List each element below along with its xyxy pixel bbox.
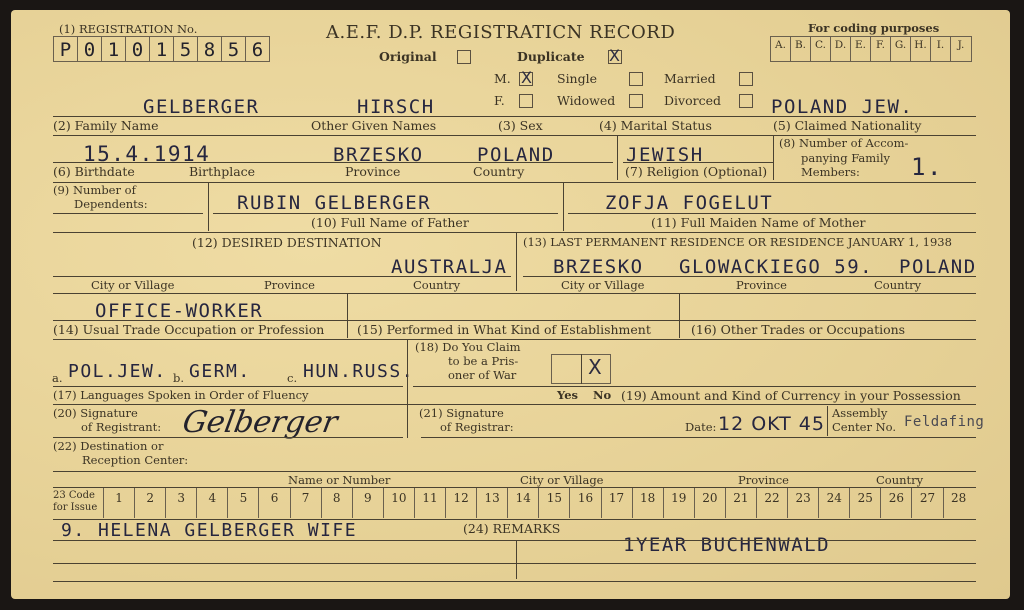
issue-code-cell[interactable]: 14 [507, 488, 538, 518]
issue-code-cell[interactable]: 22 [756, 488, 787, 518]
issue-code-cell[interactable]: 3 [165, 488, 196, 518]
other-trades-label: (16) Other Trades or Occupations [691, 324, 905, 337]
divider [516, 541, 517, 579]
father-value: RUBIN GELBERGER [237, 194, 431, 213]
reception-label-2: Reception Center: [82, 455, 188, 467]
issue-code-cell[interactable]: 23 [787, 488, 818, 518]
issue-code-cell[interactable]: 7 [290, 488, 321, 518]
divider [213, 213, 558, 214]
divider [53, 213, 203, 214]
pow-yes-box[interactable] [552, 355, 580, 383]
currency-label: (19) Amount and Kind of Currency in your… [621, 390, 961, 403]
divider [53, 471, 976, 472]
issue-code-cell[interactable]: 4 [196, 488, 227, 518]
issue-code-cell[interactable]: 9 [352, 488, 383, 518]
accompanying-family-value: 1. [911, 155, 943, 179]
other-given-names-label: Other Given Names [311, 120, 436, 133]
code-col: I. [931, 37, 951, 61]
reg-digit: 0 [126, 37, 150, 61]
married-checkbox[interactable] [739, 72, 753, 86]
single-checkbox[interactable] [629, 72, 643, 86]
dependents-label-2: Dependents: [74, 199, 148, 211]
registration-number-boxes: P 0 1 0 1 5 8 5 6 [53, 36, 270, 62]
sig-registrant-label-1: (20) Signature [53, 408, 138, 420]
divider [53, 386, 403, 387]
dest-province-label: Province [264, 280, 315, 292]
code-col: J. [951, 37, 971, 61]
remarks-label: (24) REMARKS [463, 523, 560, 536]
mother-value: ZOFJA FOGELUT [605, 194, 773, 213]
divider [53, 320, 976, 321]
reg-digit: 6 [246, 37, 269, 61]
reg-digit: 1 [150, 37, 174, 61]
occupation-label: (14) Usual Trade Occupation or Professio… [53, 324, 324, 337]
reg-digit: P [54, 37, 78, 61]
accompanying-family-label-3: Members: [801, 167, 860, 179]
family-member-value: 9. HELENA GELBERGER WIFE [61, 522, 357, 540]
sig-registrar-label-1: (21) Signature [419, 408, 504, 420]
issue-code-cell[interactable]: 20 [694, 488, 725, 518]
divider [773, 136, 774, 180]
assembly-label-2: Center No. [832, 422, 896, 434]
destination-country-value: AUSTRALJA [391, 258, 507, 277]
code-col: E. [851, 37, 871, 61]
registration-card: (1) REGISTRATION No. P 0 1 0 1 5 8 5 6 A… [11, 10, 1010, 599]
coding-boxes: A. B. C. D. E. F. G. H. I. J. [770, 36, 972, 62]
reg-digit: 5 [222, 37, 246, 61]
birthdate-label: (6) Birthdate [53, 166, 135, 179]
divorced-label: Divorced [664, 95, 721, 108]
father-label: (10) Full Name of Father [311, 217, 469, 230]
birthplace-label: Birthplace [189, 166, 255, 179]
divider [53, 232, 976, 233]
issue-code-cell[interactable]: 27 [911, 488, 942, 518]
issue-code-cell[interactable]: 16 [569, 488, 600, 518]
dependents-label-1: (9) Number of [53, 185, 136, 197]
married-label: Married [664, 73, 716, 86]
divider [523, 276, 976, 277]
issue-code-cell[interactable]: 1 [103, 488, 134, 518]
province-label: Province [345, 166, 400, 179]
pow-label-3: oner of War [448, 370, 516, 382]
issue-code-cell[interactable]: 17 [601, 488, 632, 518]
duplicate-label: Duplicate [517, 51, 585, 64]
divider [563, 183, 564, 231]
issue-code-cell[interactable]: 8 [321, 488, 352, 518]
sex-label: (3) Sex [498, 120, 543, 133]
divider [53, 581, 976, 582]
residence-province-value: GLOWACKIEGO 59. [679, 258, 873, 277]
reception-city-label: City or Village [520, 475, 604, 487]
issue-code-cell[interactable]: 12 [445, 488, 476, 518]
issue-code-cell[interactable]: 28 [943, 488, 974, 518]
pow-no-label: No [593, 390, 611, 402]
country-label: Country [473, 166, 524, 179]
marital-status-label: (4) Marital Status [599, 120, 712, 133]
desired-destination-label: (12) DESIRED DESTINATION [192, 237, 382, 250]
divider [516, 233, 517, 291]
sex-m-mark: X [521, 70, 532, 86]
divider [53, 437, 403, 438]
sex-m-label: M. [494, 73, 511, 86]
sex-f-checkbox[interactable] [519, 94, 533, 108]
lang-a-value: POL.JEW. [68, 363, 167, 381]
sig-registrar-label-2: of Registrar: [440, 422, 514, 434]
lang-b-label: b. [173, 373, 184, 385]
reception-country-label: Country [876, 475, 923, 487]
widowed-checkbox[interactable] [629, 94, 643, 108]
widowed-label: Widowed [557, 95, 615, 108]
issue-code-row: 23 Codefor Issue 1 2 3 4 5 6 7 8 9 10 11… [53, 488, 974, 518]
reception-label-1: (22) Destination or [53, 441, 163, 453]
issue-code-cell[interactable]: 15 [538, 488, 569, 518]
occupation-value: OFFICE-WORKER [95, 302, 263, 321]
reception-name-label: Name or Number [288, 475, 390, 487]
languages-label: (17) Languages Spoken in Order of Fluenc… [53, 390, 309, 402]
res-city-label: City or Village [561, 280, 645, 292]
issue-code-cell[interactable]: 21 [725, 488, 756, 518]
dest-country-label: Country [413, 280, 460, 292]
original-label: Original [379, 51, 437, 64]
nationality-value: POLAND JEW. [771, 98, 913, 117]
claimed-nationality-label: (5) Claimed Nationality [773, 120, 921, 133]
code-label-1: 23 Code [53, 490, 95, 501]
divider [827, 406, 828, 436]
last-residence-label: (13) LAST PERMANENT RESIDENCE OR RESIDEN… [523, 237, 952, 249]
sig-registrant-label-2: of Registrant: [81, 422, 161, 434]
remarks-value: 1YEAR BUCHENWALD [623, 536, 830, 555]
family-name-value: GELBERGER [143, 98, 259, 117]
registrant-signature: Gelberger [180, 408, 339, 438]
code-col: C. [811, 37, 831, 61]
issue-code-cell[interactable]: 5 [227, 488, 258, 518]
establishment-label: (15) Performed in What Kind of Establish… [357, 324, 651, 337]
divider [53, 182, 976, 183]
pow-label-2: to be a Pris- [448, 356, 518, 368]
mother-label: (11) Full Maiden Name of Mother [651, 217, 866, 230]
res-province-label: Province [736, 280, 787, 292]
lang-c-label: c. [287, 373, 297, 385]
reg-digit: 0 [78, 37, 102, 61]
residence-city-value: BRZESKO [553, 258, 644, 277]
lang-b-value: GERM. [189, 363, 251, 381]
divider [407, 340, 408, 438]
duplicate-check-mark: X [609, 48, 620, 64]
divider [617, 136, 618, 180]
issue-code-cell[interactable]: 18 [632, 488, 663, 518]
pow-no-mark: X [588, 357, 602, 377]
given-names-value: HIRSCH [357, 98, 435, 117]
code-label-2: for Issue [53, 502, 97, 513]
divider [347, 294, 348, 338]
issue-code-cell[interactable]: 10 [383, 488, 414, 518]
registration-label: (1) REGISTRATION No. [59, 24, 197, 36]
divider [53, 293, 976, 294]
divider [53, 162, 613, 163]
issue-code-cell[interactable]: 11 [414, 488, 445, 518]
divider [568, 213, 976, 214]
reg-digit: 8 [198, 37, 222, 61]
issue-code-cell[interactable]: 19 [663, 488, 694, 518]
divider [421, 437, 976, 438]
divider [53, 276, 511, 277]
divider [679, 294, 680, 338]
code-col: A. [771, 37, 791, 61]
code-for-issue-label: 23 Codefor Issue [53, 488, 103, 518]
divider [208, 183, 209, 231]
issue-code-cell[interactable]: 24 [818, 488, 849, 518]
family-name-label: (2) Family Name [53, 120, 158, 133]
religion-label: (7) Religion (Optional) [625, 166, 767, 179]
single-label: Single [557, 73, 597, 86]
assembly-label-1: Assembly [832, 408, 887, 420]
divider [53, 116, 976, 117]
issue-code-cell[interactable]: 2 [134, 488, 165, 518]
reg-digit: 5 [174, 37, 198, 61]
accompanying-family-label-1: (8) Number of Accom- [779, 138, 908, 150]
code-col: B. [791, 37, 811, 61]
issue-code-cell[interactable]: 13 [476, 488, 507, 518]
date-label: Date: [685, 422, 716, 434]
residence-country-value: POLAND [899, 258, 977, 277]
divider [413, 386, 976, 387]
original-checkbox[interactable] [457, 50, 471, 64]
reg-digit: 1 [102, 37, 126, 61]
issue-code-cell[interactable]: 6 [258, 488, 289, 518]
divider [53, 563, 976, 564]
res-country-label: Country [874, 280, 921, 292]
accompanying-family-label-2: panying Family [801, 153, 890, 165]
form-title: A.E.F. D.P. REGISTRATICN RECORD [326, 24, 675, 42]
date-value: 12 OKT 45 [718, 415, 825, 434]
issue-code-cell[interactable]: 25 [849, 488, 880, 518]
pow-yes-label: Yes [557, 390, 578, 402]
code-col: F. [871, 37, 891, 61]
reception-province-label: Province [738, 475, 789, 487]
pow-label-1: (18) Do You Claim [415, 342, 521, 354]
issue-code-cell[interactable]: 26 [880, 488, 911, 518]
lang-c-value: HUN.RUSS. [303, 363, 414, 381]
code-col: H. [911, 37, 931, 61]
code-col: D. [831, 37, 851, 61]
lang-a-label: a. [52, 373, 63, 385]
divider [53, 540, 976, 541]
assembly-center-value: Feldafing [904, 415, 984, 429]
divider [623, 162, 773, 163]
dest-city-label: City or Village [91, 280, 175, 292]
coding-label: For coding purposes [808, 23, 939, 35]
sex-f-label: F. [494, 95, 505, 108]
code-col: G. [891, 37, 911, 61]
divorced-checkbox[interactable] [739, 94, 753, 108]
